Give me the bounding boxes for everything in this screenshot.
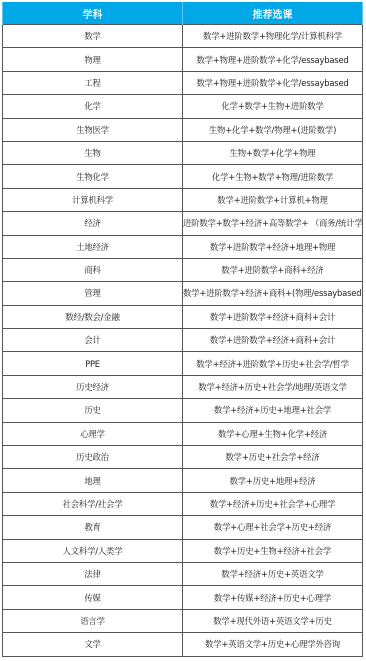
subject-cell: 生物医学 bbox=[3, 118, 183, 141]
courses-cell: 数学+经济+历史+英语文学 bbox=[183, 562, 363, 585]
courses-cell: 数学+心理+社会学+历史+经济 bbox=[183, 516, 363, 539]
table-row: 管理数学+进阶数学+经济+商科+(物理/essaybased) bbox=[3, 282, 363, 305]
courses-cell: 化学+数学+生物+进阶数学 bbox=[183, 95, 363, 118]
table-row: 土地经济数学+进阶数学+经济+地理+物理 bbox=[3, 235, 363, 258]
courses-cell: 化学+生物+数学+物理/进阶数学 bbox=[183, 165, 363, 188]
course-recommendation-table-container: 学科 推荐选课 数学数学+进阶数学+物理化学/计算机科学物理数学+物理+进阶数学… bbox=[2, 2, 363, 657]
courses-cell: 数学+英语文学+历史+心理学外咨询 bbox=[183, 633, 363, 656]
subject-cell: 土地经济 bbox=[3, 235, 183, 258]
table-body: 数学数学+进阶数学+物理化学/计算机科学物理数学+物理+进阶数学+化学/essa… bbox=[3, 25, 363, 657]
courses-cell: 数学+传媒+经济+历史+心理学 bbox=[183, 586, 363, 609]
courses-cell: 数学+现代外语+英语文学+历史 bbox=[183, 609, 363, 632]
subject-cell: 地理 bbox=[3, 469, 183, 492]
courses-cell: 数学+经济+历史+社会学/地理/英语文学 bbox=[183, 375, 363, 398]
courses-cell: 数学+历史+社会学+经济 bbox=[183, 446, 363, 469]
courses-cell: 数学+物理+进阶数学+化学/essaybased bbox=[183, 71, 363, 94]
subject-cell: 传媒 bbox=[3, 586, 183, 609]
courses-cell: 生物+数学+化学+物理 bbox=[183, 141, 363, 164]
courses-cell: 数学+进阶数学+经济+地理+物理 bbox=[183, 235, 363, 258]
subject-cell: 会计 bbox=[3, 329, 183, 352]
courses-cell: 数学+历史+生物+经济+社会学 bbox=[183, 539, 363, 562]
table-row: 人文科学/人类学数学+历史+生物+经济+社会学 bbox=[3, 539, 363, 562]
subject-cell: 教育 bbox=[3, 516, 183, 539]
subject-cell: 经济 bbox=[3, 212, 183, 235]
table-row: 物理数学+物理+进阶数学+化学/essaybased bbox=[3, 48, 363, 71]
table-row: 数经/数会/金融数学+进阶数学+经济+商科+会计 bbox=[3, 305, 363, 328]
subject-cell: 化学 bbox=[3, 95, 183, 118]
table-row: 文学数学+英语文学+历史+心理学外咨询 bbox=[3, 633, 363, 656]
subject-cell: 历史 bbox=[3, 399, 183, 422]
table-row: 传媒数学+传媒+经济+历史+心理学 bbox=[3, 586, 363, 609]
subject-cell: 生物化学 bbox=[3, 165, 183, 188]
subject-cell: 管理 bbox=[3, 282, 183, 305]
header-subject: 学科 bbox=[3, 2, 183, 25]
header-recommended-courses: 推荐选课 bbox=[183, 2, 363, 25]
table-row: 教育数学+心理+社会学+历史+经济 bbox=[3, 516, 363, 539]
courses-cell: 数学+经济+历史+地理+社会学 bbox=[183, 399, 363, 422]
table-row: 商科数学+进阶数学+商科+经济 bbox=[3, 258, 363, 281]
courses-cell: 数学+进阶数学+物理化学/计算机科学 bbox=[183, 25, 363, 48]
courses-cell: 数学+进阶数学+经济+商科+(物理/essaybased) bbox=[183, 282, 363, 305]
table-row: 会计数学+进阶数学+经济+商科+会计 bbox=[3, 329, 363, 352]
subject-cell: 人文科学/人类学 bbox=[3, 539, 183, 562]
courses-cell: 数学+进阶数学+计算机+物理 bbox=[183, 188, 363, 211]
table-row: 生物医学生物+化学+数学/物理+(进阶数学) bbox=[3, 118, 363, 141]
subject-cell: 心理学 bbox=[3, 422, 183, 445]
table-row: 地理数学+历史+地理+经济 bbox=[3, 469, 363, 492]
courses-cell: 数学+历史+地理+经济 bbox=[183, 469, 363, 492]
subject-cell: 历史经济 bbox=[3, 375, 183, 398]
table-row: 数学数学+进阶数学+物理化学/计算机科学 bbox=[3, 25, 363, 48]
subject-cell: 数学 bbox=[3, 25, 183, 48]
table-row: 历史政治数学+历史+社会学+经济 bbox=[3, 446, 363, 469]
courses-cell: 数学+心理+生物+化学+经济 bbox=[183, 422, 363, 445]
subject-cell: 社会科学/社会学 bbox=[3, 492, 183, 515]
subject-cell: 商科 bbox=[3, 258, 183, 281]
subject-cell: 生物 bbox=[3, 141, 183, 164]
subject-cell: 计算机科学 bbox=[3, 188, 183, 211]
table-row: PPE数学+经济+进阶数学+历史+社会学/哲学 bbox=[3, 352, 363, 375]
courses-cell: 数学+经济+进阶数学+历史+社会学/哲学 bbox=[183, 352, 363, 375]
subject-cell: 物理 bbox=[3, 48, 183, 71]
courses-cell: 数学+进阶数学+经济+商科+会计 bbox=[183, 329, 363, 352]
table-row: 工程数学+物理+进阶数学+化学/essaybased bbox=[3, 71, 363, 94]
course-recommendation-table: 学科 推荐选课 数学数学+进阶数学+物理化学/计算机科学物理数学+物理+进阶数学… bbox=[2, 2, 363, 657]
subject-cell: 数经/数会/金融 bbox=[3, 305, 183, 328]
table-row: 历史数学+经济+历史+地理+社会学 bbox=[3, 399, 363, 422]
table-row: 经济进阶数学+数学+经济+高等数学+ （商务/统计学） bbox=[3, 212, 363, 235]
table-row: 语言学数学+现代外语+英语文学+历史 bbox=[3, 609, 363, 632]
table-row: 计算机科学数学+进阶数学+计算机+物理 bbox=[3, 188, 363, 211]
table-header-row: 学科 推荐选课 bbox=[3, 2, 363, 25]
table-row: 社会科学/社会学数学+经济+历史+社会学+心理学 bbox=[3, 492, 363, 515]
courses-cell: 进阶数学+数学+经济+高等数学+ （商务/统计学） bbox=[183, 212, 363, 235]
courses-cell: 数学+经济+历史+社会学+心理学 bbox=[183, 492, 363, 515]
subject-cell: 语言学 bbox=[3, 609, 183, 632]
table-row: 生物生物+数学+化学+物理 bbox=[3, 141, 363, 164]
subject-cell: 法律 bbox=[3, 562, 183, 585]
table-row: 化学化学+数学+生物+进阶数学 bbox=[3, 95, 363, 118]
courses-cell: 数学+进阶数学+经济+商科+会计 bbox=[183, 305, 363, 328]
subject-cell: 文学 bbox=[3, 633, 183, 656]
subject-cell: 工程 bbox=[3, 71, 183, 94]
table-row: 法律数学+经济+历史+英语文学 bbox=[3, 562, 363, 585]
courses-cell: 数学+进阶数学+商科+经济 bbox=[183, 258, 363, 281]
courses-cell: 生物+化学+数学/物理+(进阶数学) bbox=[183, 118, 363, 141]
subject-cell: 历史政治 bbox=[3, 446, 183, 469]
courses-cell: 数学+物理+进阶数学+化学/essaybased bbox=[183, 48, 363, 71]
table-row: 历史经济数学+经济+历史+社会学/地理/英语文学 bbox=[3, 375, 363, 398]
table-row: 心理学数学+心理+生物+化学+经济 bbox=[3, 422, 363, 445]
table-row: 生物化学化学+生物+数学+物理/进阶数学 bbox=[3, 165, 363, 188]
subject-cell: PPE bbox=[3, 352, 183, 375]
